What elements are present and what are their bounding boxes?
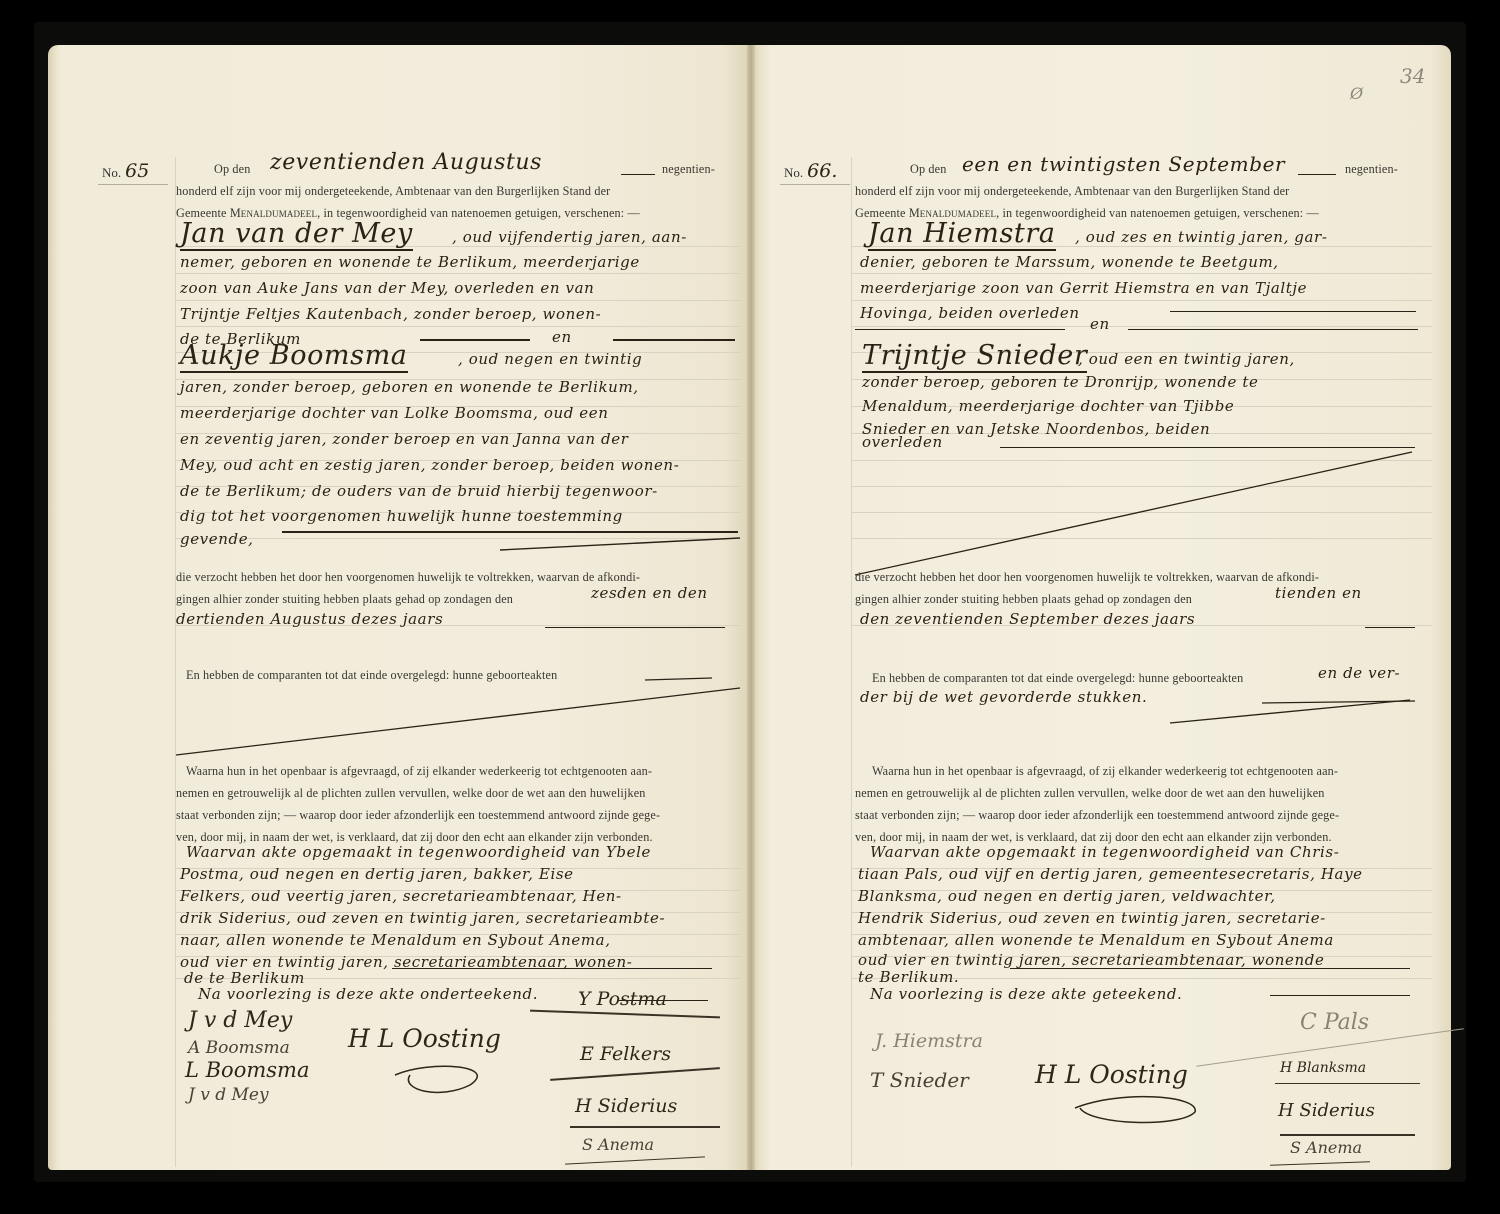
signature-witness-4: S Anema	[1290, 1138, 1362, 1157]
registrar-flourish	[0, 0, 1500, 1214]
signature-witness-1: C Pals	[1300, 1010, 1369, 1035]
signature-witness-2: H Blanksma	[1280, 1060, 1366, 1076]
signature-witness-3: H Siderius	[1278, 1100, 1375, 1121]
